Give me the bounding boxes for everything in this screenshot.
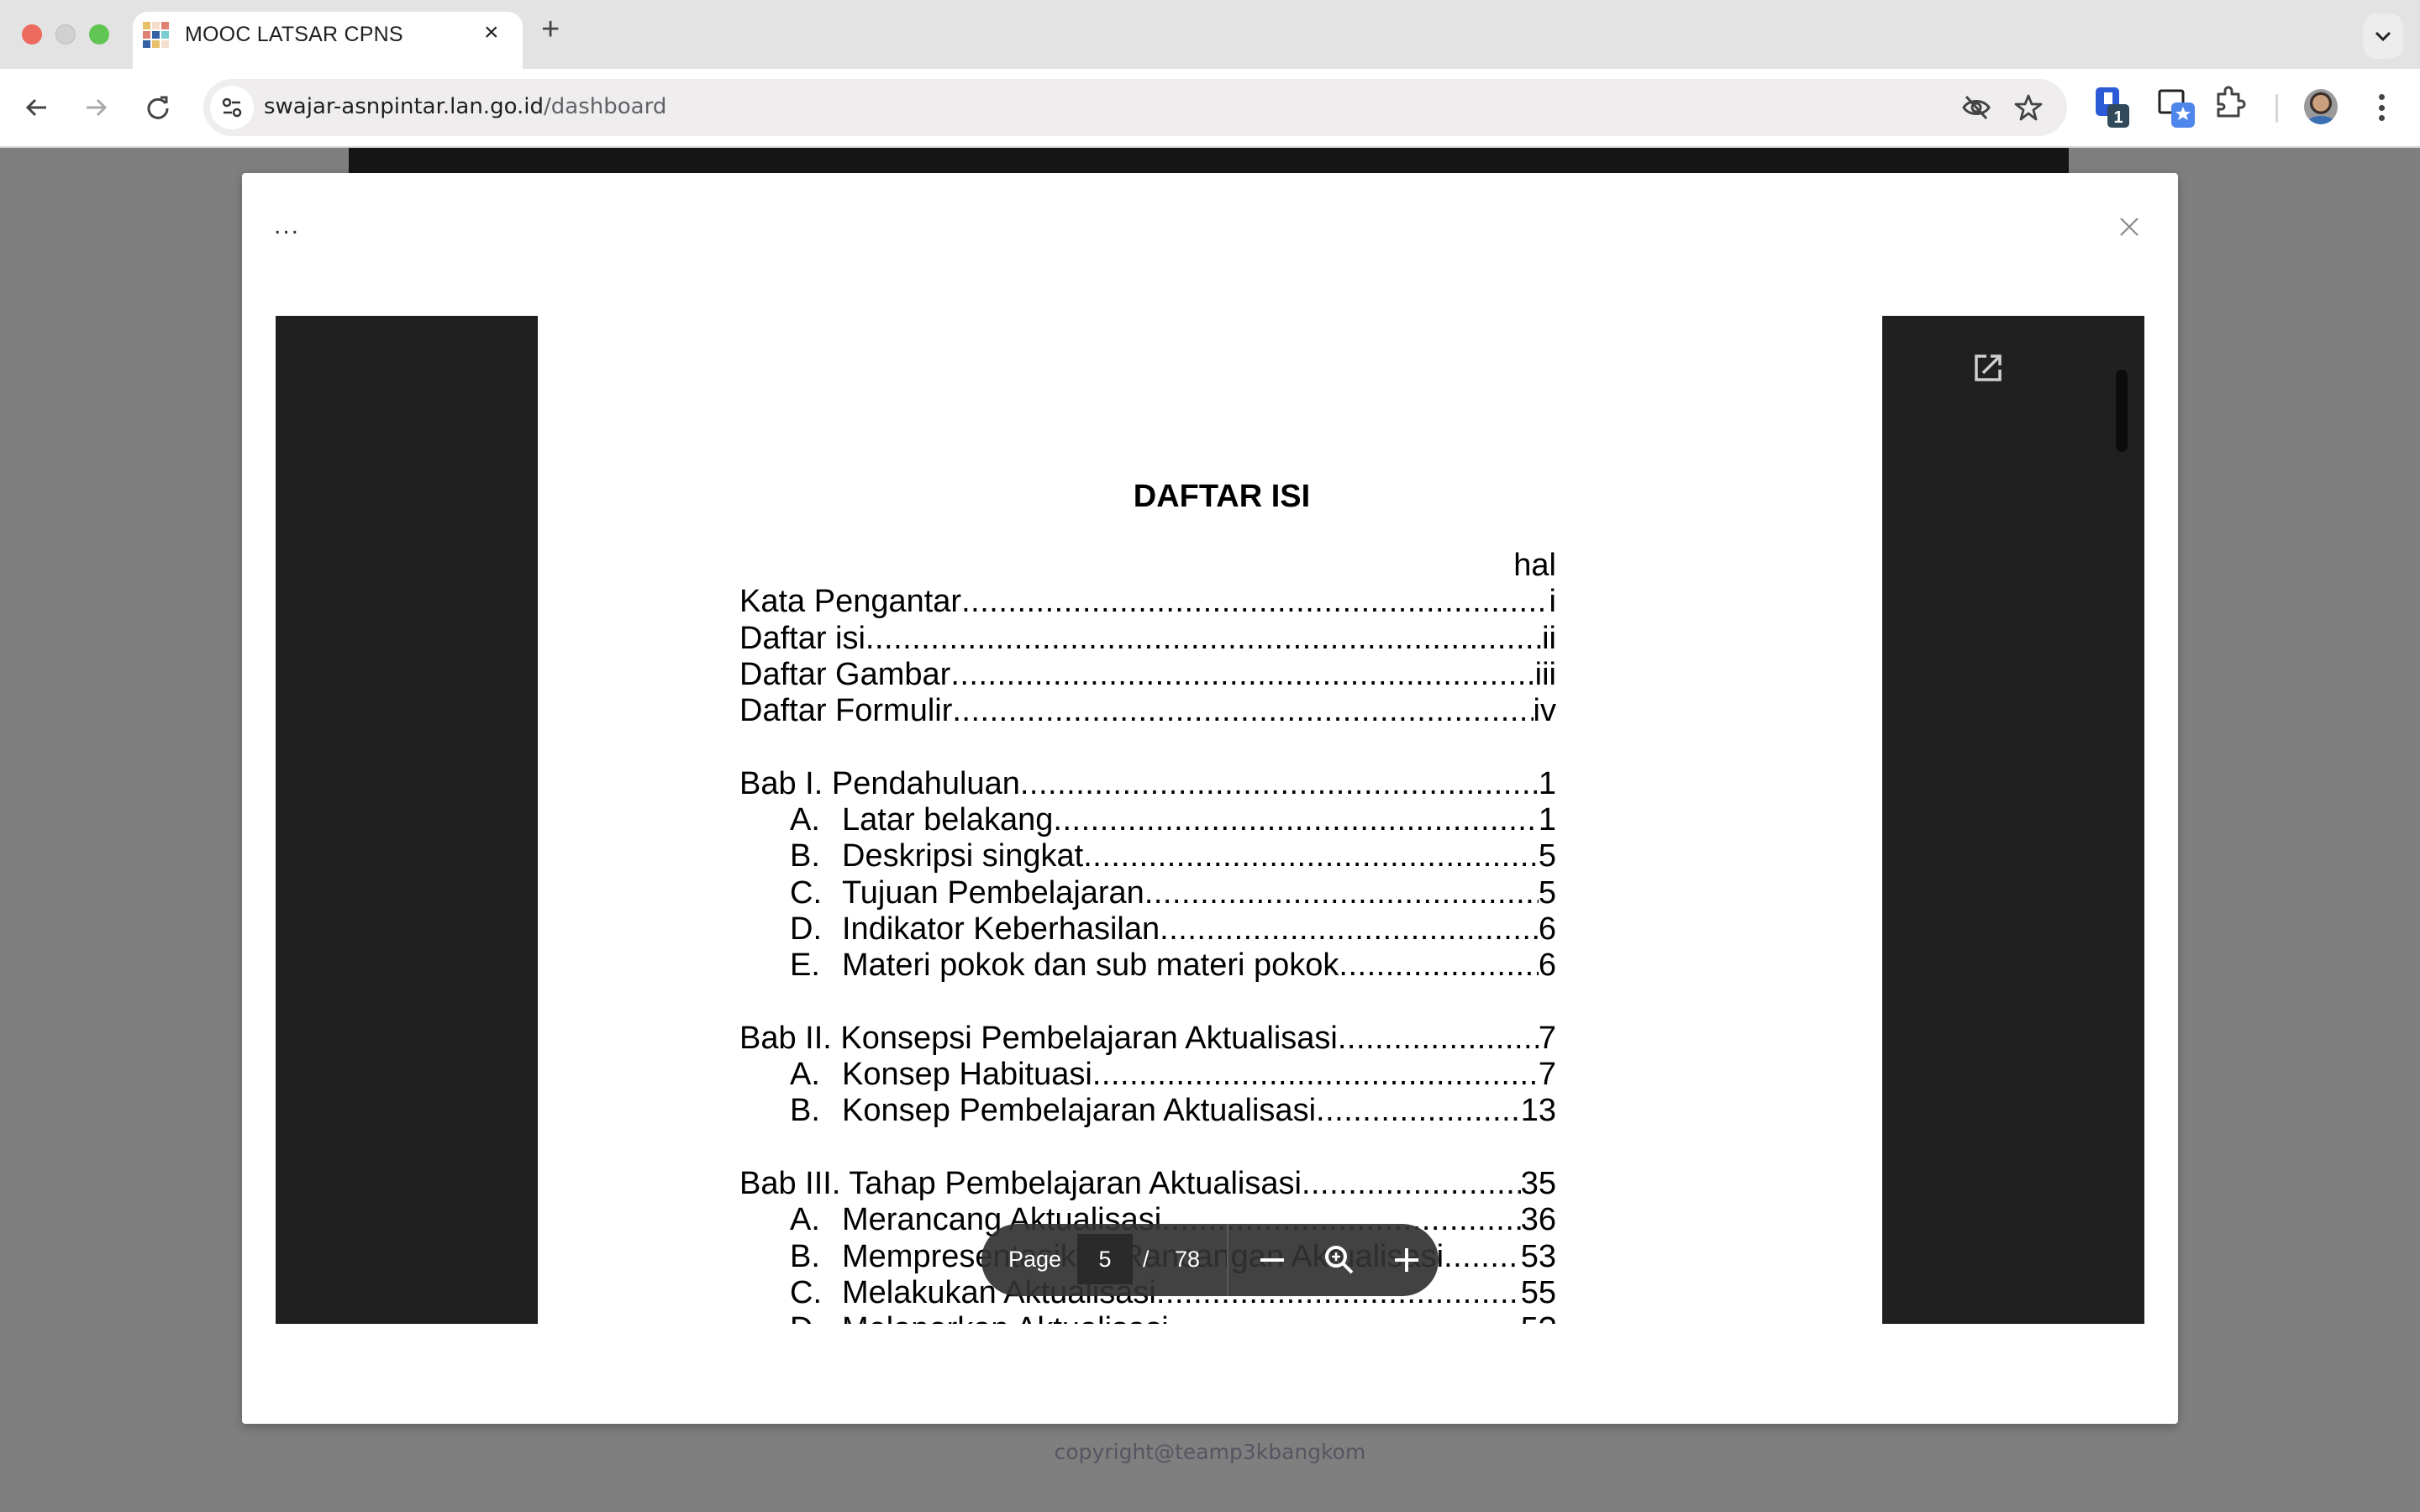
toc-entry-page: 55 <box>1521 1275 1556 1311</box>
toc-entry-letter: C. <box>790 875 842 911</box>
controls-divider <box>1227 1224 1228 1296</box>
toc-entry-letter: D. <box>790 911 842 948</box>
toc-leader-dots <box>1160 911 1539 948</box>
toc-entry-label: Daftar isi <box>739 621 865 657</box>
toc-entry-page: 1 <box>1539 802 1556 838</box>
toc-leader-dots <box>1083 838 1539 874</box>
url-domain: swajar-asnpintar.lan.go.id <box>264 94 544 119</box>
chevron-down-icon <box>2374 30 2392 42</box>
toc-leader-dots <box>1144 875 1539 911</box>
toc-page-column-label: hal <box>739 548 1556 584</box>
toc-subentry: D.Indikator Keberhasilan6 <box>739 911 1556 948</box>
pdf-page-controls: Page 5 / 78 <box>981 1224 1439 1296</box>
toc-entry-page: iii <box>1535 657 1556 693</box>
toc-entry: Bab I. Pendahuluan1 <box>739 766 1556 802</box>
toc-entry-letter: B. <box>790 838 842 874</box>
toc-entry-letter: A. <box>790 802 842 838</box>
footer-copyright: copyright@teamp3kbangkom <box>0 1440 2420 1464</box>
zoom-out-button[interactable] <box>1255 1243 1289 1277</box>
zoom-in-icon <box>1323 1243 1356 1277</box>
toc-entry-label: Tujuan Pembelajaran <box>842 875 1144 911</box>
toc-entry-page: 35 <box>1521 1166 1556 1202</box>
eye-off-icon <box>1961 92 1991 123</box>
page-separator: / <box>1143 1247 1149 1273</box>
toc-leader-dots <box>1302 1166 1521 1202</box>
toc-entry-letter: B. <box>790 1093 842 1129</box>
toc-entry-label: Konsep Pembelajaran Aktualisasi <box>842 1093 1316 1129</box>
table-of-contents: hal Kata PengantariDaftar isiiiDaftar Ga… <box>739 548 1556 1324</box>
browser-menu-button[interactable] <box>2371 91 2391 124</box>
toc-entry-clipped: D.Melaporkan Aktualisasi5? <box>739 1311 1556 1324</box>
zoom-fit-button[interactable] <box>1323 1243 1356 1277</box>
toc-entry: Kata Pengantari <box>739 584 1556 620</box>
zoom-in-button[interactable] <box>1390 1243 1423 1277</box>
toc-subentry: D.Melaporkan Aktualisasi5? <box>739 1311 1556 1324</box>
arrow-left-icon <box>24 94 50 121</box>
toc-entry-label: Konsep Habituasi <box>842 1057 1092 1093</box>
arrow-right-icon <box>82 94 109 121</box>
reload-button[interactable] <box>138 87 178 128</box>
new-tab-button[interactable]: + <box>541 12 560 48</box>
viewer-scrollbar[interactable] <box>2116 370 2128 452</box>
toc-entry-label: Melaporkan Aktualisasi <box>842 1311 1169 1324</box>
profile-avatar[interactable] <box>2304 89 2338 124</box>
toc-leader-dots <box>1316 1093 1521 1129</box>
toc-entry-page: 7 <box>1539 1057 1556 1093</box>
bookmark-button[interactable] <box>2012 91 2045 124</box>
toc-spacer <box>739 984 1556 1021</box>
puzzle-icon <box>2212 86 2249 123</box>
toc-leader-dots <box>961 584 1549 620</box>
toc-subentry: C.Tujuan Pembelajaran5 <box>739 875 1556 911</box>
star-icon <box>2014 93 2043 122</box>
pdf-page: DAFTAR ISI hal Kata PengantariDaftar isi… <box>538 316 1882 1324</box>
toc-entry-label: Bab I. Pendahuluan <box>739 766 1020 802</box>
toc-spacer <box>739 729 1556 765</box>
open-external-button[interactable] <box>1973 353 2003 383</box>
toc-heading: DAFTAR ISI <box>538 479 1882 515</box>
toc-entry-letter: D. <box>790 1311 842 1324</box>
screen-star-icon <box>2154 86 2202 131</box>
plus-icon <box>1390 1243 1423 1277</box>
toc-entry-page: ii <box>1542 621 1556 657</box>
tab-search-button[interactable] <box>2363 13 2403 59</box>
toc-entry-label: Deskripsi singkat <box>842 838 1083 874</box>
modal-close-button[interactable] <box>2117 215 2141 239</box>
pdf-viewer[interactable]: DAFTAR ISI hal Kata PengantariDaftar isi… <box>276 316 2144 1324</box>
toc-entry-page: 13 <box>1521 1093 1556 1129</box>
page-label: Page <box>1008 1247 1061 1273</box>
toc-entry-label: Daftar Gambar <box>739 657 950 693</box>
toc-entry: Bab II. Konsepsi Pembelajaran Aktualisas… <box>739 1021 1556 1057</box>
toc-entry-letter: E. <box>790 948 842 984</box>
toc-leader-dots <box>1092 1057 1539 1093</box>
tracking-protection-button[interactable] <box>1960 91 1993 124</box>
toc-entry-label: Daftar Formulir <box>739 693 952 729</box>
tab-close-icon[interactable]: × <box>484 18 499 47</box>
toc-entry-page: 5 <box>1539 838 1556 874</box>
toc-subentry: E.Materi pokok dan sub materi pokok6 <box>739 948 1556 984</box>
modal-title: ... <box>274 212 300 240</box>
toc-leader-dots <box>1053 802 1538 838</box>
toc-entry-page: 6 <box>1539 911 1556 948</box>
browser-tab-bar: MOOC LATSAR CPNS × + <box>0 0 2420 69</box>
toc-subentry: B.Deskripsi singkat5 <box>739 838 1556 874</box>
toc-entry-label: Indikator Keberhasilan <box>842 911 1160 948</box>
toc-entry-label: Materi pokok dan sub materi pokok <box>842 948 1339 984</box>
minus-icon <box>1255 1243 1289 1277</box>
toc-entry-letter: C. <box>790 1275 842 1311</box>
toc-entry-page: 36 <box>1521 1202 1556 1238</box>
browser-toolbar: swajar-asnpintar.lan.go.id/dashboard 1 <box>0 69 2420 148</box>
toc-leader-dots <box>1338 1021 1539 1057</box>
toc-subentry: B.Konsep Pembelajaran Aktualisasi13 <box>739 1093 1556 1129</box>
toc-subentry: A.Konsep Habituasi7 <box>739 1057 1556 1093</box>
toc-entry-label: Latar belakang <box>842 802 1053 838</box>
site-favicon-icon <box>143 22 170 49</box>
tab-title: MOOC LATSAR CPNS <box>185 23 403 47</box>
tune-icon <box>220 96 244 119</box>
window-maximize-button[interactable] <box>89 24 109 45</box>
total-pages: 78 <box>1175 1247 1200 1273</box>
browser-tab-active[interactable]: MOOC LATSAR CPNS × <box>133 12 523 69</box>
toc-entry-page: 5 <box>1539 875 1556 911</box>
toc-subentry: A.Latar belakang1 <box>739 802 1556 838</box>
toc-leader-dots <box>1339 948 1538 984</box>
toc-entry-letter: A. <box>790 1202 842 1238</box>
toc-leader-dots <box>1444 1239 1521 1275</box>
toc-entry-page: 6 <box>1539 948 1556 984</box>
window-close-button[interactable] <box>22 24 42 45</box>
svg-text:1: 1 <box>2113 108 2123 127</box>
extension-screenshot-button[interactable] <box>2154 86 2202 131</box>
toc-entry-label: Kata Pengantar <box>739 584 961 620</box>
current-page-input[interactable]: 5 <box>1077 1234 1133 1284</box>
toc-entry-label: Bab III. Tahap Pembelajaran Aktualisasi <box>739 1166 1302 1202</box>
open-in-new-icon <box>1973 353 2003 383</box>
close-icon <box>2117 215 2141 239</box>
url-path: /dashboard <box>544 94 666 119</box>
toc-entry-page: 1 <box>1539 766 1556 802</box>
extensions-button[interactable] <box>2212 86 2259 131</box>
toc-entry: Daftar isiii <box>739 621 1556 657</box>
address-bar[interactable]: swajar-asnpintar.lan.go.id/dashboard <box>203 79 2067 136</box>
toc-entry-page: 53 <box>1521 1239 1556 1275</box>
forward-button[interactable] <box>76 87 116 128</box>
toc-leader-dots <box>950 657 1534 693</box>
toc-leader-dots <box>865 621 1542 657</box>
extension-bitwarden-button[interactable]: 1 <box>2092 86 2139 131</box>
url-text[interactable]: swajar-asnpintar.lan.go.id/dashboard <box>264 94 666 119</box>
reload-icon <box>145 94 171 121</box>
toc-leader-dots <box>952 693 1533 729</box>
toc-entry-page: 5? <box>1521 1311 1556 1324</box>
back-button[interactable] <box>17 87 57 128</box>
toc-leader-dots <box>1020 766 1539 802</box>
shield-extension-icon: 1 <box>2092 86 2139 131</box>
toc-entry: Daftar Formuliriv <box>739 693 1556 729</box>
toc-entry-page: i <box>1549 584 1556 620</box>
toc-entry-label: Bab II. Konsepsi Pembelajaran Aktualisas… <box>739 1021 1338 1057</box>
toc-entry-page: 7 <box>1539 1021 1556 1057</box>
toc-spacer <box>739 1130 1556 1166</box>
window-minimize-button[interactable] <box>55 24 76 45</box>
site-info-button[interactable] <box>210 86 254 129</box>
toc-leader-dots <box>1169 1311 1521 1324</box>
toc-entry: Bab III. Tahap Pembelajaran Aktualisasi3… <box>739 1166 1556 1202</box>
toc-entry-letter: B. <box>790 1239 842 1275</box>
site-header-bar <box>349 148 2069 175</box>
toc-entry: Daftar Gambariii <box>739 657 1556 693</box>
toc-entry-page: iv <box>1534 693 1556 729</box>
toc-entry-letter: A. <box>790 1057 842 1093</box>
toolbar-separator <box>2275 94 2278 123</box>
